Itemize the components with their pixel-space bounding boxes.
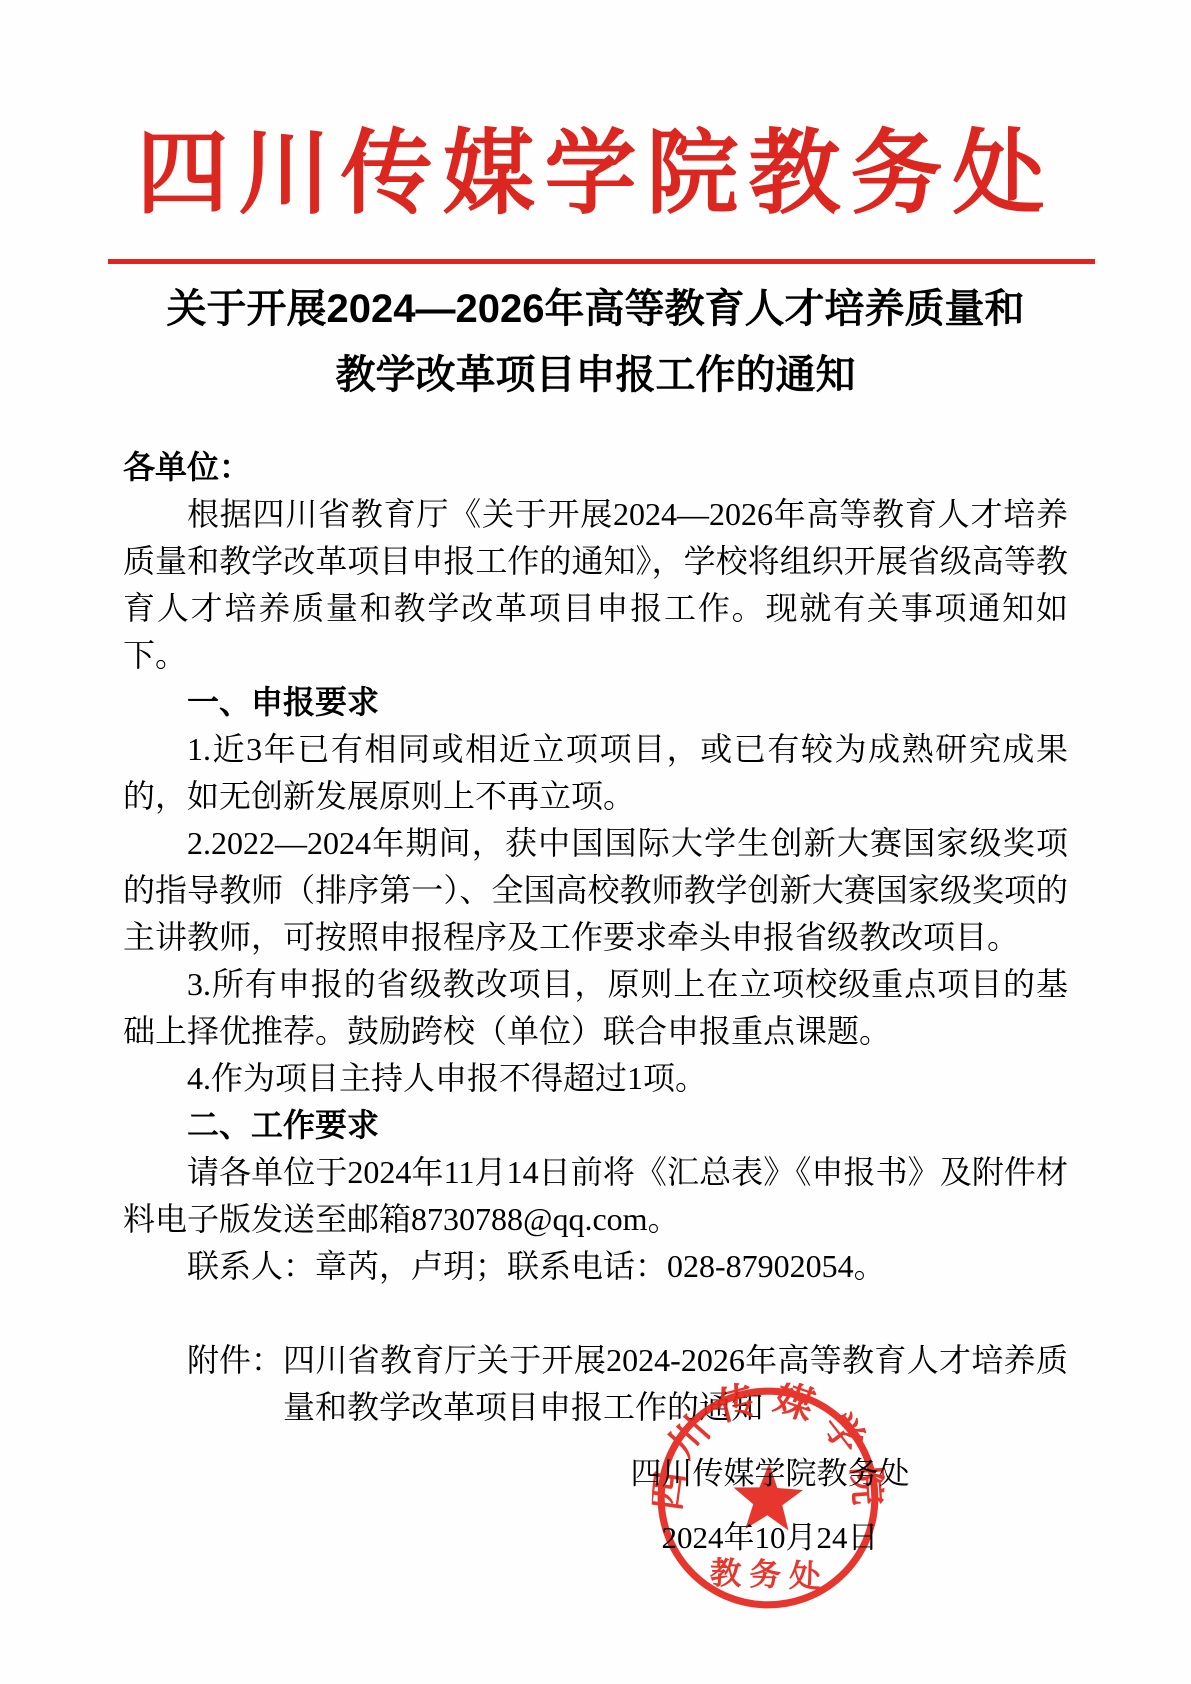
letterhead-divider bbox=[108, 259, 1095, 264]
intro-paragraph: 根据四川省教育厅《关于开展2024—2026年高等教育人才培养质量和教学改革项目… bbox=[123, 491, 1068, 679]
attachment-label: 附件： bbox=[187, 1337, 283, 1431]
attachment-block: 附件： 四川省教育厅关于开展2024-2026年高等教育人才培养质量和教学改革项… bbox=[123, 1337, 1068, 1431]
document-body: 各单位： 根据四川省教育厅《关于开展2024—2026年高等教育人才培养质量和教… bbox=[123, 444, 1068, 1431]
requirement-item-1: 1.近3年已有相同或相近立项项目，或已有较为成熟研究成果的，如无创新发展原则上不… bbox=[123, 726, 1068, 820]
seal-bottom-text: 教务处 bbox=[709, 1556, 829, 1595]
letterhead: 四川传媒学院教务处 bbox=[0, 104, 1191, 244]
signature-date: 2024年10月24日 bbox=[560, 1516, 980, 1560]
section-1-heading: 一、申报要求 bbox=[123, 679, 1068, 726]
requirement-item-2: 2.2022—2024年期间，获中国国际大学生创新大赛国家级奖项的指导教师（排序… bbox=[123, 820, 1068, 961]
official-seal-graphic: 四川传媒学院 教务处 bbox=[648, 1378, 888, 1618]
document-title-line1: 关于开展2024—2026年高等教育人才培养质量和 bbox=[0, 276, 1191, 342]
salutation: 各单位： bbox=[123, 444, 1068, 491]
document-title-line2: 教学改革项目申报工作的通知 bbox=[0, 342, 1191, 408]
official-seal: 四川传媒学院 教务处 bbox=[648, 1378, 888, 1618]
contact-line: 联系人：章芮，卢玥；联系电话：028-87902054。 bbox=[123, 1243, 1068, 1290]
requirement-item-4: 4.作为项目主持人申报不得超过1项。 bbox=[123, 1055, 1068, 1102]
requirement-item-3: 3.所有申报的省级教改项目，原则上在立项校级重点项目的基础上择优推荐。鼓励跨校（… bbox=[123, 961, 1068, 1055]
deadline-paragraph: 请各单位于2024年11月14日前将《汇总表》《申报书》及附件材料电子版发送至邮… bbox=[123, 1149, 1068, 1243]
section-2-heading: 二、工作要求 bbox=[123, 1102, 1068, 1149]
document-title: 关于开展2024—2026年高等教育人才培养质量和 教学改革项目申报工作的通知 bbox=[0, 276, 1191, 408]
signature-org: 四川传媒学院教务处 bbox=[560, 1452, 980, 1496]
document-page: 四川传媒学院教务处 关于开展2024—2026年高等教育人才培养质量和 教学改革… bbox=[0, 0, 1191, 1684]
